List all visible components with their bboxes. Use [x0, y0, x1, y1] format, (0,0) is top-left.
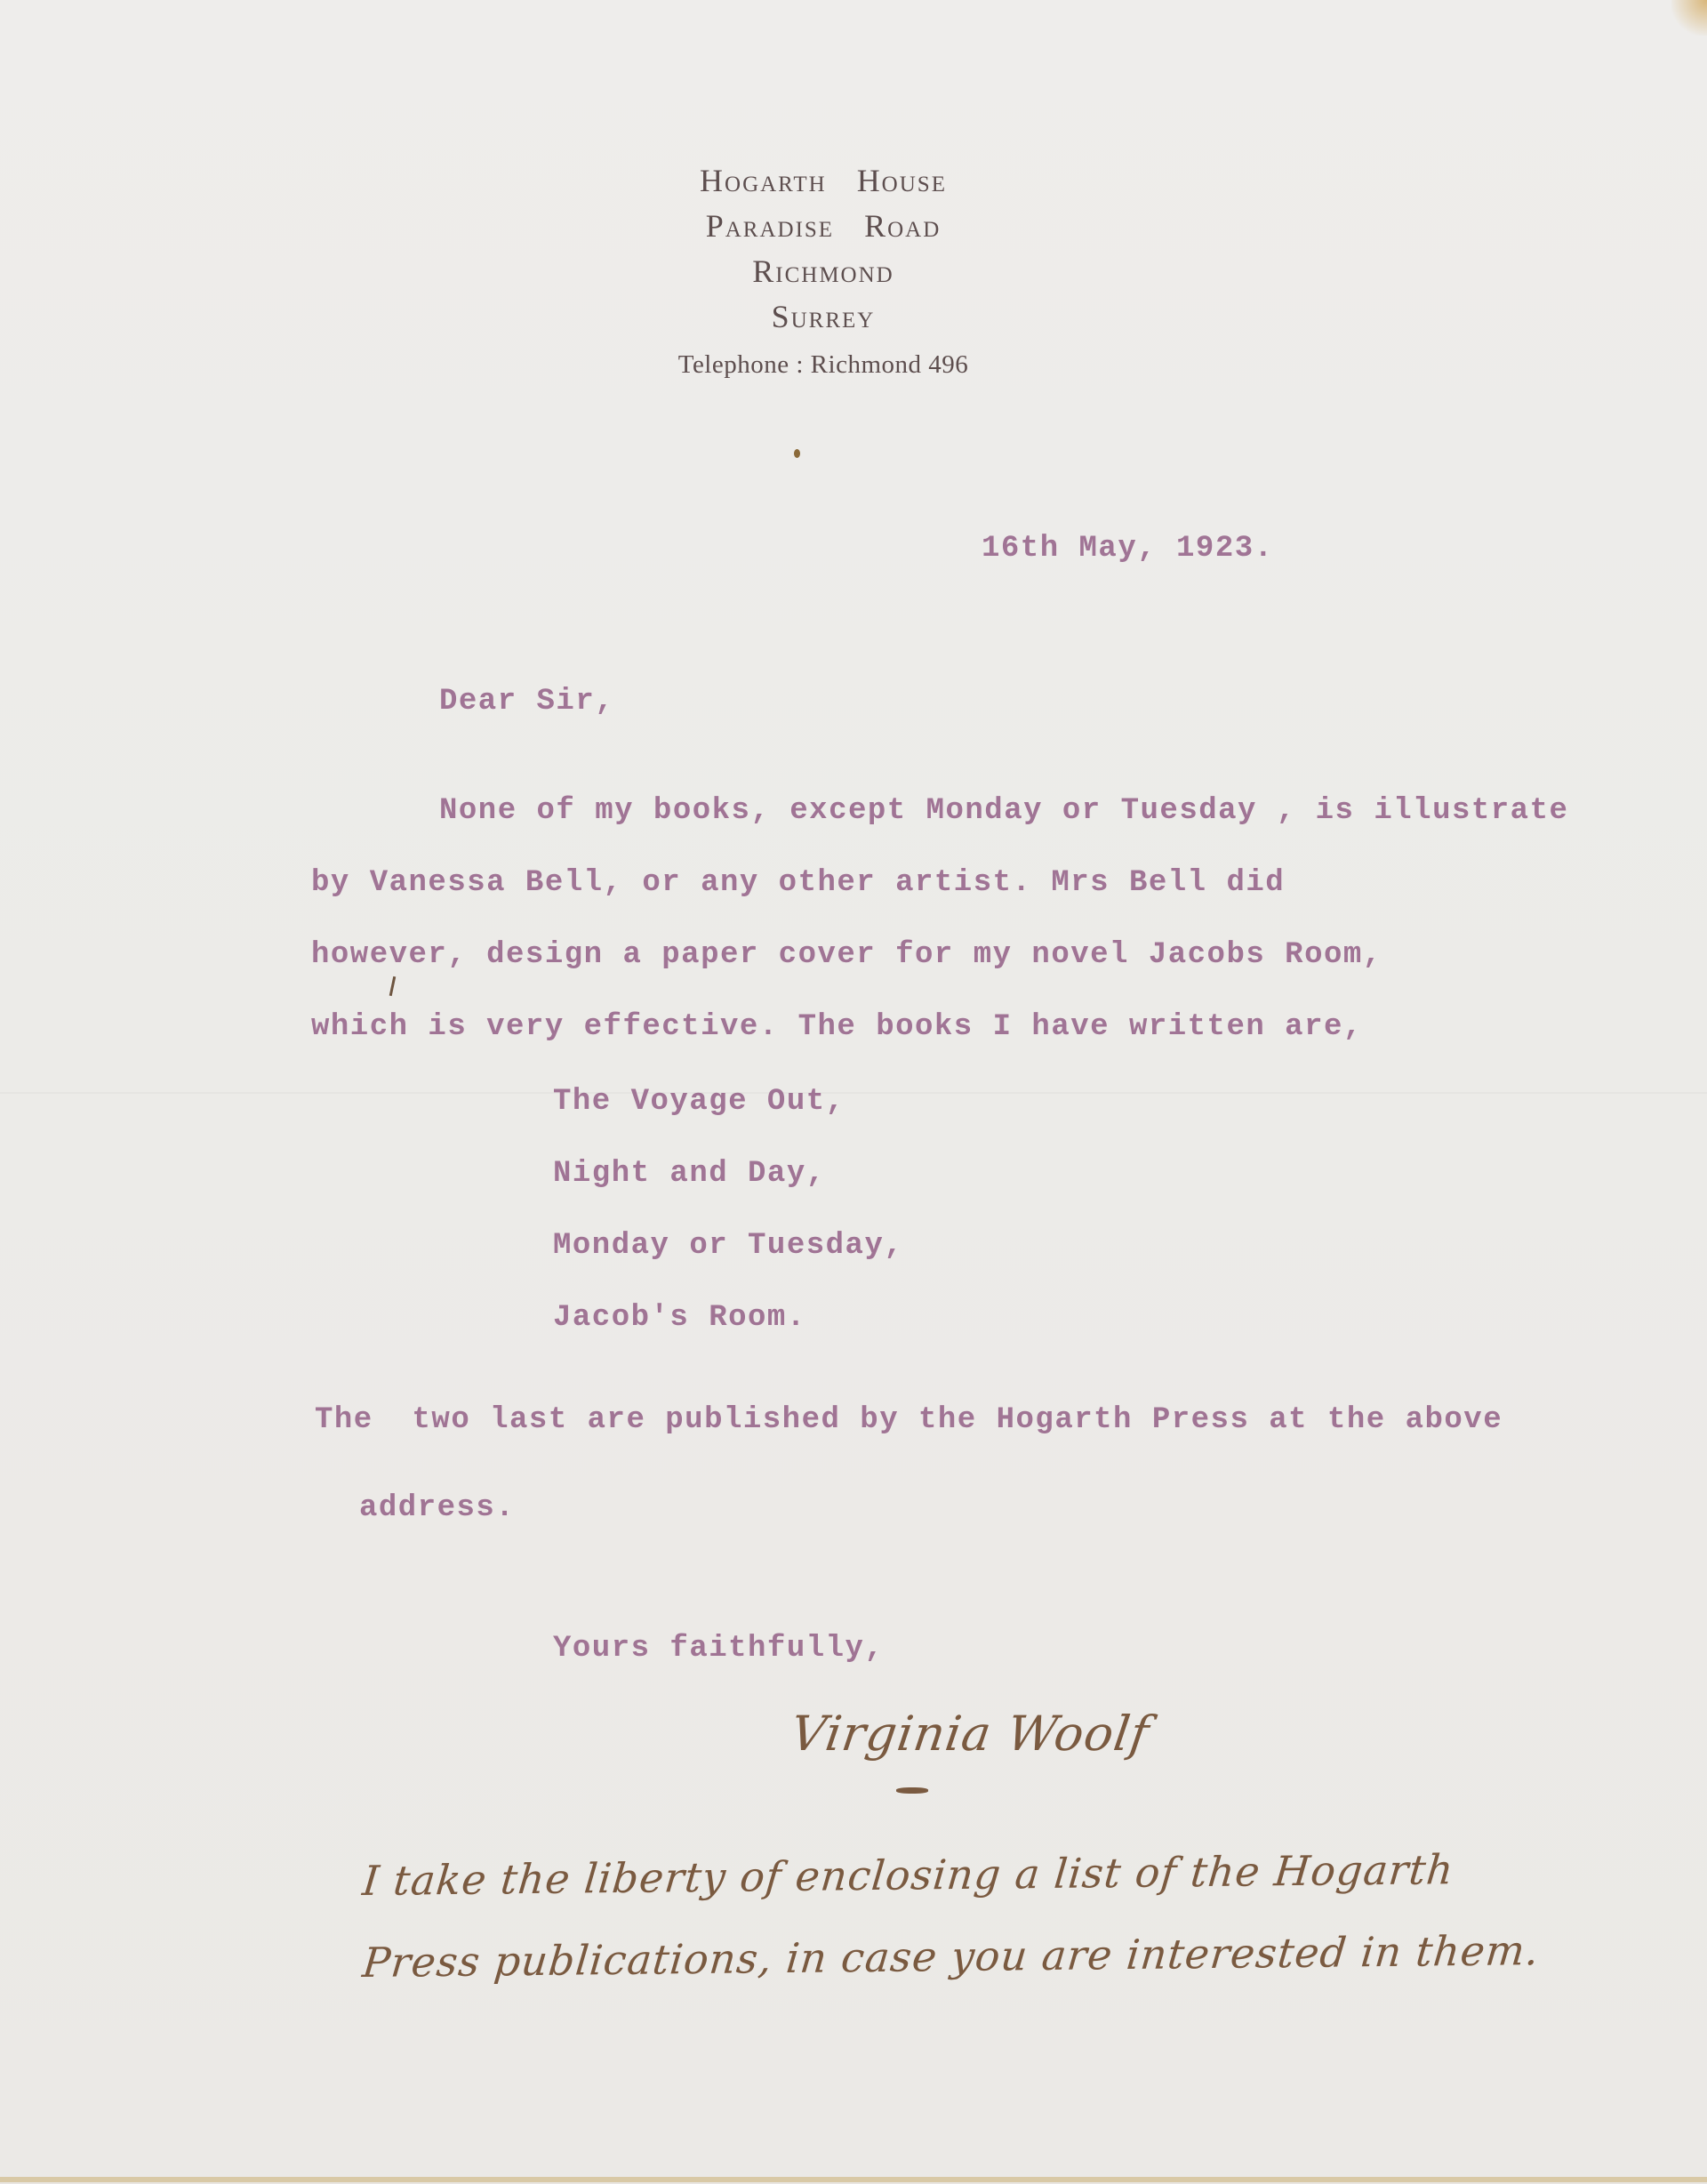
- closing: Yours faithfully,: [553, 1632, 884, 1666]
- body-line: which is very effective. The books I hav…: [311, 1010, 1363, 1044]
- book-title: Night and Day,: [553, 1157, 826, 1191]
- letterhead-line-3: Richmond: [0, 249, 1647, 294]
- postscript-line: Press publications, in case you are inte…: [360, 1926, 1542, 1987]
- body-line: however, design a paper cover for my nov…: [311, 938, 1382, 972]
- body-line: address.: [359, 1491, 515, 1525]
- letter-page: HogarthHouse ParadiseRoad Richmond Surre…: [0, 0, 1707, 2182]
- handwritten-comma: [389, 976, 397, 996]
- ink-spot: [794, 449, 800, 458]
- book-title: The Voyage Out,: [553, 1085, 845, 1119]
- signature-flourish: [896, 1787, 928, 1794]
- letterhead-telephone: Telephone : Richmond 496: [0, 345, 1647, 384]
- salutation: Dear Sir,: [439, 685, 614, 719]
- body-line: The two last are published by the Hogart…: [315, 1403, 1503, 1437]
- body-line: None of my books, except Monday or Tuesd…: [439, 794, 1568, 828]
- letterhead: HogarthHouse ParadiseRoad Richmond Surre…: [0, 158, 1647, 384]
- letterhead-line-1: HogarthHouse: [0, 158, 1647, 204]
- corner-stain: [1671, 0, 1707, 36]
- letterhead-line-2: ParadiseRoad: [0, 204, 1647, 249]
- body-line: by Vanessa Bell, or any other artist. Mr…: [311, 866, 1285, 900]
- letter-date: 16th May, 1923.: [982, 532, 1274, 566]
- signature: Virginia Woolf: [788, 1706, 1153, 1762]
- book-title: Monday or Tuesday,: [553, 1229, 903, 1263]
- book-title: Jacob's Room.: [553, 1301, 806, 1335]
- postscript-line: I take the liberty of enclosing a list o…: [360, 1845, 1455, 1905]
- letterhead-line-4: Surrey: [0, 294, 1647, 340]
- fold-crease: [0, 1092, 1707, 1094]
